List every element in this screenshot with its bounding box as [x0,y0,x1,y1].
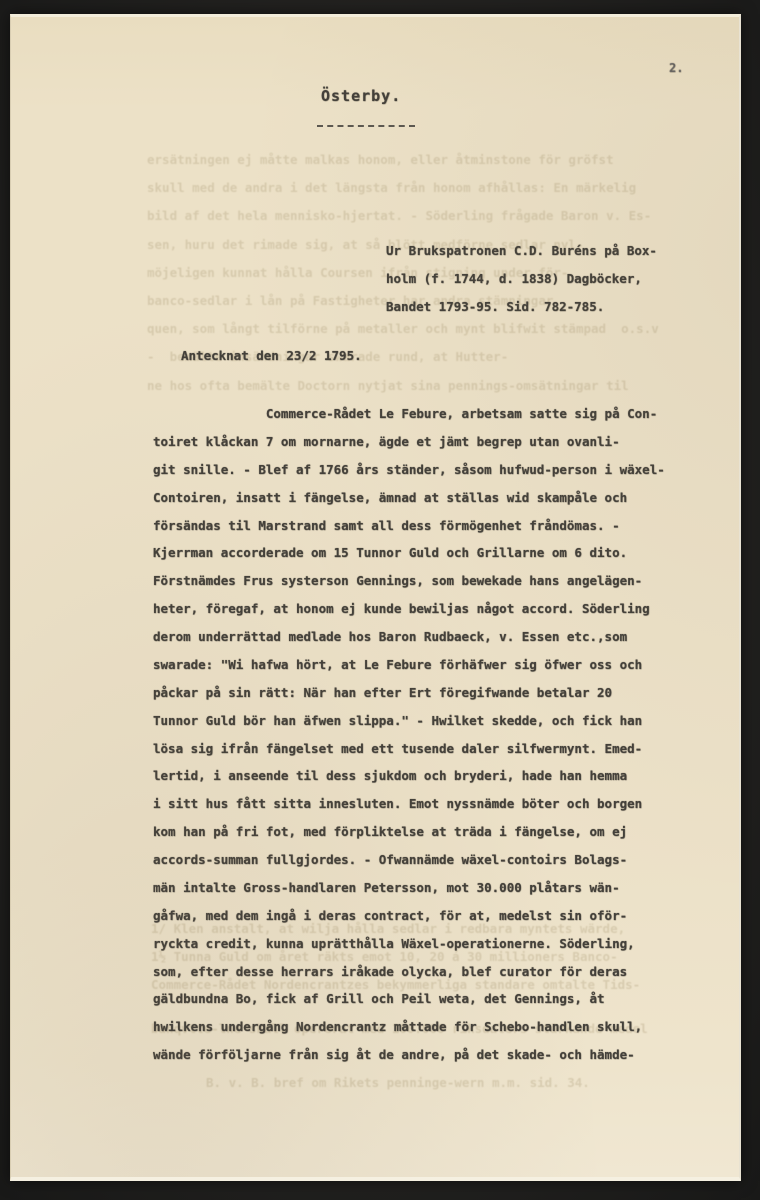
text-line: män intalte Gross-handlaren Petersson, m… [153,874,713,902]
text-line: gåfwa, med dem ingå i deras contract, fö… [153,902,713,930]
body-text: Commerce-Rådet Le Febure, arbetsam satte… [153,400,713,1069]
text-line: accords-summan fullgjordes. - Ofwannämde… [153,846,713,874]
text-line: Contoiren, insatt i fängelse, ämnad at s… [153,484,713,512]
text-line: wände förföljarne från sig åt de andre, … [153,1041,713,1069]
text-line: heter, föregaf, at honom ej kunde bewilj… [153,595,713,623]
text-line: hwilkens undergång Nordencrantz måttade … [153,1013,713,1041]
text-line: git snille. - Blef af 1766 års ständer, … [153,456,713,484]
text-line: i sitt hus fått sitta innesluten. Emot n… [153,790,713,818]
text-line: kom han på fri fot, med förpliktelse at … [153,818,713,846]
text-line: Förstnämdes Frus systerson Gennings, som… [153,567,713,595]
text-line: lertid, i anseende til dess sjukdom och … [153,762,713,790]
document-page: ersätningen ej måtte malkas honom, eller… [10,14,741,1181]
text-line: ryckta credit, kunna uprätthålla Wäxel-o… [153,930,713,958]
text-line: Commerce-Rådet Le Febure, arbetsam satte… [153,400,713,428]
text-line: Bandet 1793-95. Sid. 782-785. [386,293,657,321]
source-reference: Ur Brukspatronen C.D. Buréns på Box-holm… [386,237,657,321]
text-line: Ur Brukspatronen C.D. Buréns på Box- [386,237,657,265]
text-line: Tunnor Guld bör han äfwen slippa." - Hwi… [153,707,713,735]
date-note: Antecknat den 23/2 1795. [181,348,362,364]
text-line: toiret klåckan 7 om mornarne, ägde et jä… [153,428,713,456]
photograph-background: ersätningen ej måtte malkas honom, eller… [0,0,760,1200]
text-line: derom underrättad medlade hos Baron Rudb… [153,623,713,651]
text-line: gäldbundna Bo, fick af Grill och Peil we… [153,985,713,1013]
document-title: Österby. [321,87,401,105]
text-line: ne hos ofta bemälte Doctorn nytjat sina … [147,372,707,400]
title-underline [317,125,415,127]
text-line: ersätningen ej måtte malkas honom, eller… [147,146,707,174]
text-line: B. v. B. bref om Rikets penninge-wern m.… [206,1075,590,1090]
text-line: holm (f. 1744, d. 1838) Dagböcker, [386,265,657,293]
text-line: som, efter desse herrars iråkade olycka,… [153,958,713,986]
text-line: swarade: "Wi hafwa hört, at Le Febure fö… [153,651,713,679]
text-line: Kjerrman accorderade om 15 Tunnor Guld o… [153,539,713,567]
page-number: 2. [669,61,683,75]
text-line: bild af det hela mennisko-hjertat. - Söd… [147,202,707,230]
text-line: försändas til Marstrand samt all dess fö… [153,512,713,540]
text-line: lösa sig ifrån fängelset med ett tusende… [153,735,713,763]
text-line: påckar på sin rätt: När han efter Ert fö… [153,679,713,707]
text-line: skull med de andra i det längsta från ho… [147,174,707,202]
